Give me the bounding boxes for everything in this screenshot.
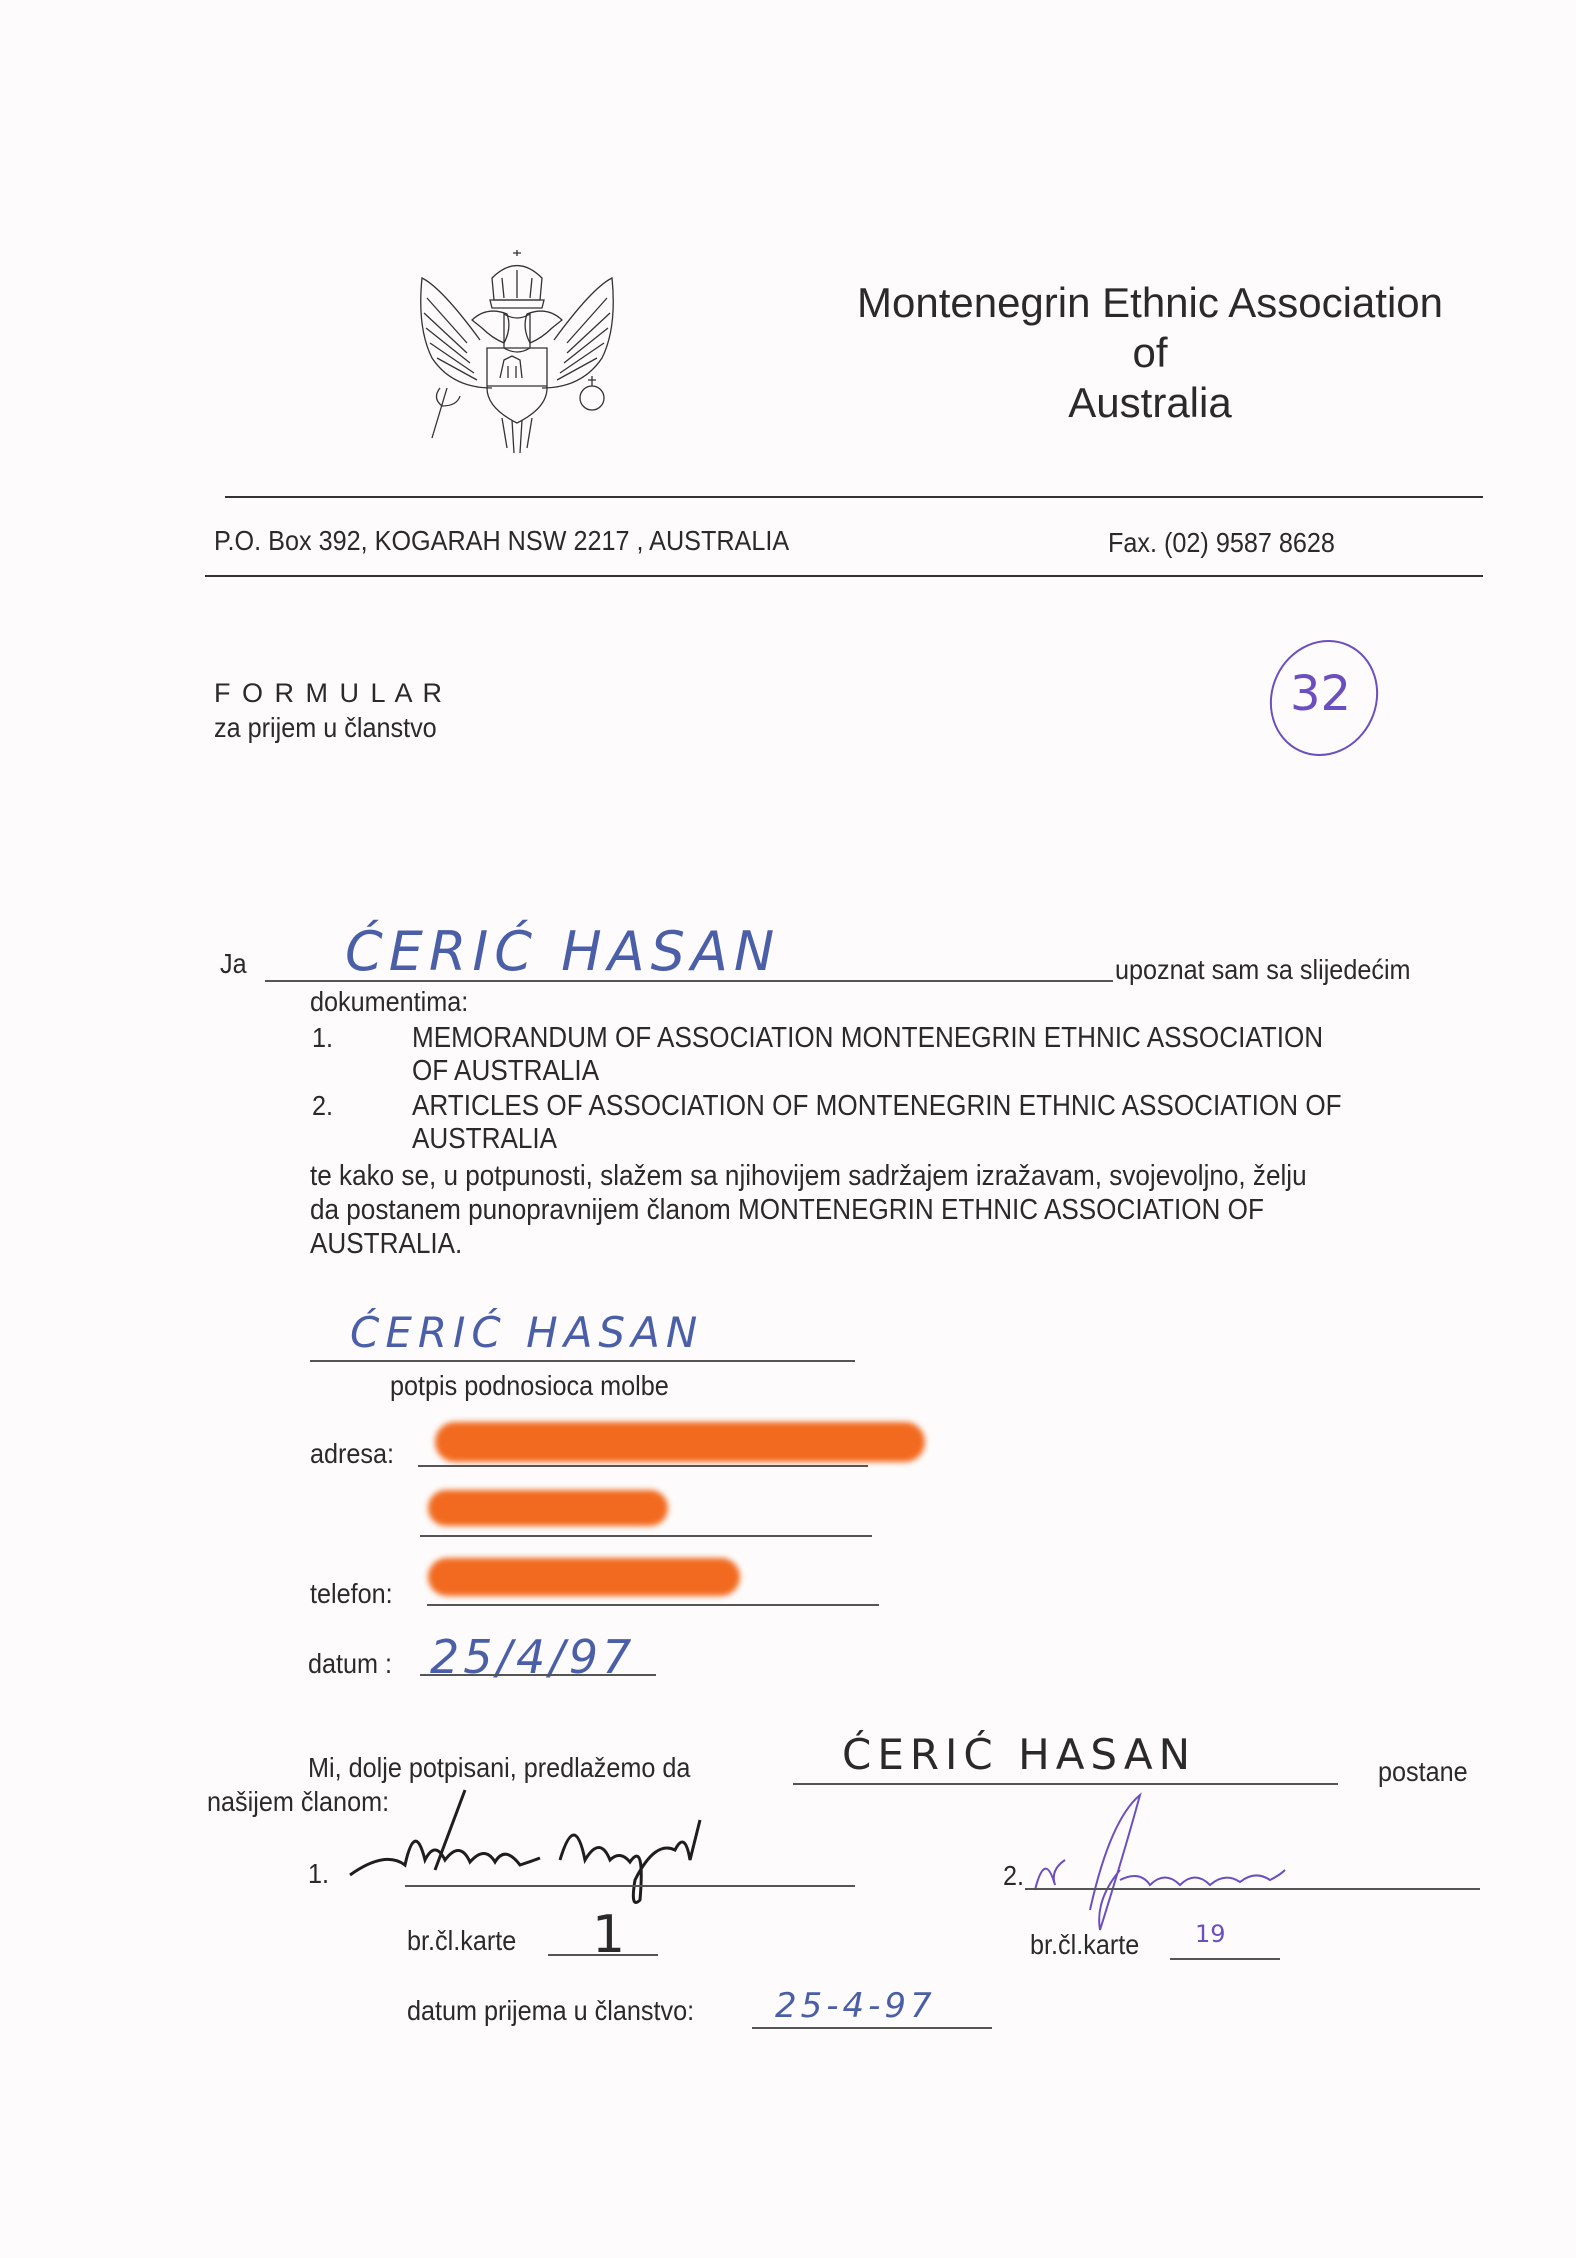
sponsor-2-field[interactable] (1025, 1888, 1480, 1890)
applicant-name-handwritten: ĆERIĆ HASAN (345, 920, 780, 983)
card-field-1[interactable] (548, 1954, 658, 1956)
sponsor-2-signature (1030, 1790, 1300, 1940)
card-field-2[interactable] (1170, 1958, 1280, 1960)
ja-label: Ja (220, 948, 247, 980)
coat-of-arms-icon (412, 248, 622, 453)
org-title-line3: Australia (830, 378, 1470, 428)
item-1-line1: MEMORANDUM OF ASSOCIATION MONTENEGRIN ET… (412, 1022, 1323, 1055)
card-label-2: br.čl.karte (1030, 1929, 1139, 1961)
redacted-address-line1 (435, 1422, 925, 1462)
address: P.O. Box 392, KOGARAH NSW 2217 , AUSTRAL… (214, 525, 789, 557)
signature-label: potpis podnosioca molbe (390, 1370, 669, 1402)
address-field-1[interactable] (418, 1465, 868, 1467)
datum-field[interactable] (420, 1674, 656, 1676)
postane-text: postane (1378, 1756, 1468, 1788)
datum-label: datum : (308, 1648, 392, 1680)
admission-date: 25-4-97 (775, 1986, 936, 2026)
admission-label: datum prijema u članstvo: (407, 1995, 694, 2027)
admission-field[interactable] (752, 2027, 992, 2029)
item-2-num: 2. (312, 1090, 333, 1122)
form-number: 32 (1290, 666, 1351, 722)
adresa-label: adresa: (310, 1438, 394, 1470)
card-value-2: 19 (1195, 1920, 1226, 1948)
agreement-line3: AUSTRALIA. (310, 1228, 462, 1261)
applicant-name-field[interactable] (265, 980, 1113, 982)
form-subtitle: za prijem u članstvo (214, 712, 437, 744)
card-label-1: br.čl.karte (407, 1925, 516, 1957)
org-title-line1: Montenegrin Ethnic Association (830, 278, 1470, 328)
sponsor-1-field[interactable] (405, 1885, 855, 1887)
org-title-line2: of (830, 328, 1470, 378)
sponsor-1-signature (345, 1780, 875, 1910)
telefon-field[interactable] (427, 1604, 879, 1606)
item-2-line1: ARTICLES OF ASSOCIATION OF MONTENEGRIN E… (412, 1090, 1342, 1123)
sponsor-2-num: 2. (1003, 1860, 1024, 1892)
agreement-line2: da postanem punopravnijem članom MONTENE… (310, 1194, 1264, 1227)
proposed-member-name: ĆERIĆ HASAN (842, 1730, 1196, 1779)
item-2-line2: AUSTRALIA (412, 1123, 557, 1156)
header-rule-top (225, 496, 1483, 498)
signature-field[interactable] (310, 1360, 855, 1362)
fax: Fax. (02) 9587 8628 (1108, 527, 1335, 559)
upoznat-text: upoznat sam sa slijedećim (1115, 954, 1411, 986)
form-number-annotation: 32 (1262, 632, 1382, 754)
dokumentima-text: dokumentima: (310, 986, 468, 1018)
redacted-telephone (428, 1558, 740, 1596)
item-1-line2: OF AUSTRALIA (412, 1055, 599, 1088)
telefon-label: telefon: (310, 1578, 393, 1610)
sponsor-1-num: 1. (308, 1858, 329, 1890)
agreement-line1: te kako se, u potpunosti, slažem sa njih… (310, 1160, 1307, 1193)
header-rule-bottom (205, 575, 1483, 577)
address-field-2[interactable] (420, 1535, 872, 1537)
applicant-signature: ĆERIĆ HASAN (350, 1308, 703, 1357)
card-value-1: 1 (592, 1905, 625, 1965)
redacted-address-line2 (428, 1490, 668, 1526)
item-1-num: 1. (312, 1022, 333, 1054)
form-title: F O R M U L A R (214, 678, 444, 709)
datum-value-handwritten: 25/4/97 (430, 1630, 635, 1684)
